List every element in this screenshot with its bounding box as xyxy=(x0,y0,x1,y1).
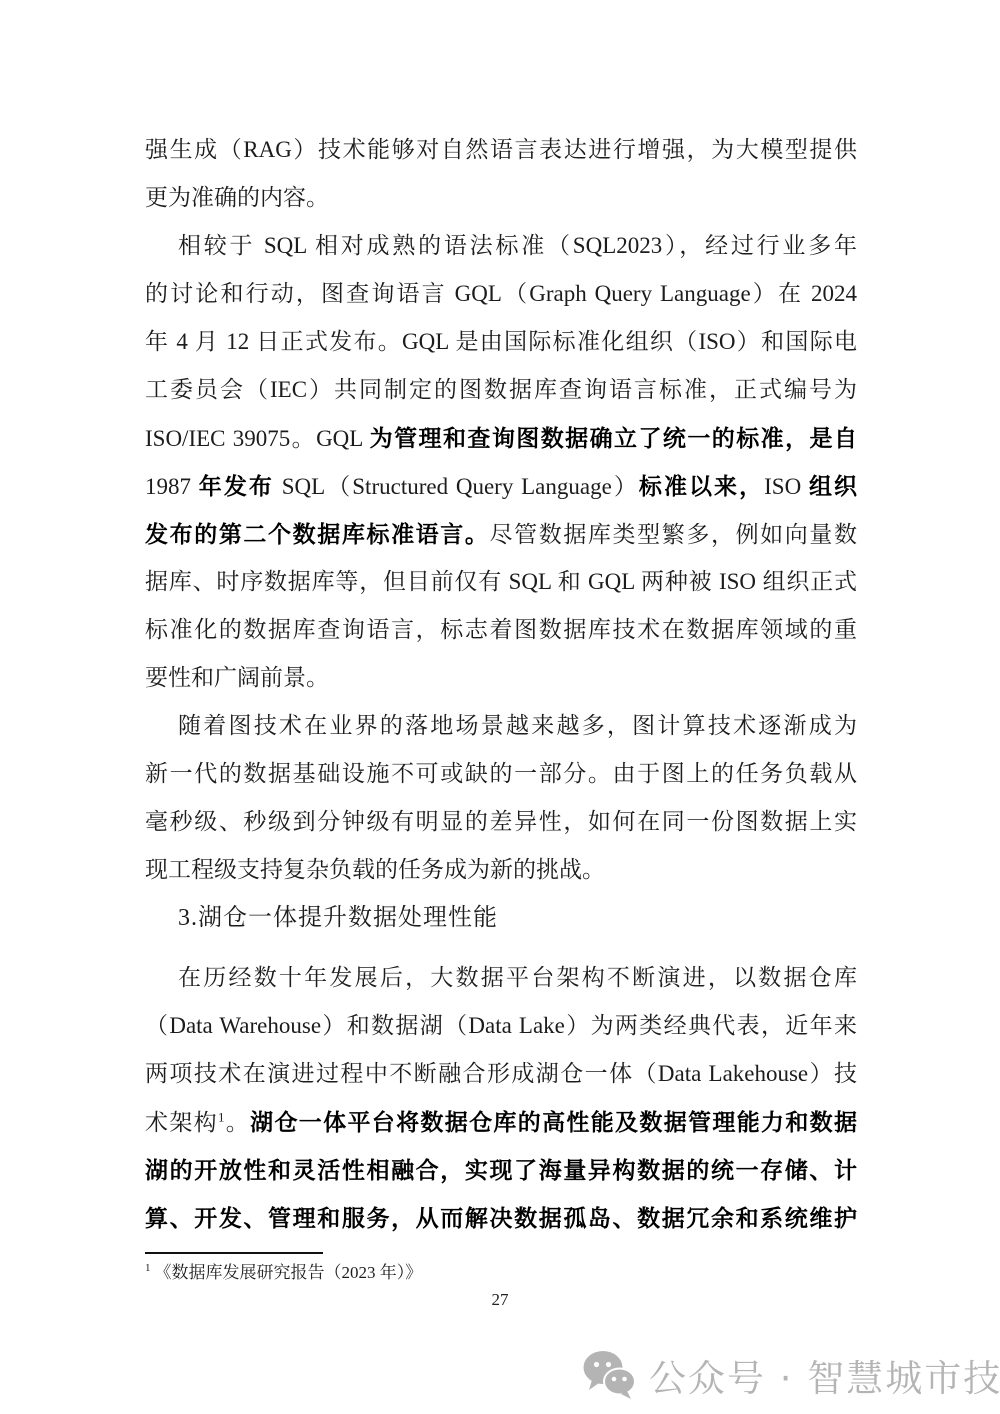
content-area: 强生成（RAG）技术能够对自然语言表达进行增强，为大模型提供更为准确的内容。相较… xyxy=(145,126,857,1242)
text-line: 的讨论和行动，图查询语言 GQL（Graph Query Language）在 … xyxy=(145,270,857,318)
text-line: 毫秒级、秒级到分钟级有明显的差异性，如何在同一份图数据上实 xyxy=(145,798,857,846)
text-run: 尽管数据库类型繁多，例如向量数 xyxy=(490,522,858,547)
text-line: 要性和广阔前景。 xyxy=(145,654,857,702)
text-line: 标准化的数据库查询语言，标志着图数据库技术在数据库领域的重 xyxy=(145,606,857,654)
text-line: 强生成（RAG）技术能够对自然语言表达进行增强，为大模型提供 xyxy=(145,126,857,174)
text-run: 毫秒级、秒级到分钟级有明显的差异性，如何在同一份图数据上实 xyxy=(145,809,857,834)
emphasis-run: 算、开发、管理和服务，从而解决数据孤岛、数据冗余和系统维护 xyxy=(145,1205,857,1231)
emphasis-run: 组织 xyxy=(809,473,857,499)
text-run: ISO/IEC 39075。GQL xyxy=(145,426,370,451)
text-line: 湖的开放性和灵活性相融合，实现了海量异构数据的统一存储、计 xyxy=(145,1146,857,1194)
text-run: 据库、时序数据库等，但目前仅有 SQL 和 GQL 两种被 ISO 组织正式 xyxy=(145,569,857,594)
text-run: 新一代的数据基础设施不可或缺的一部分。由于图上的任务负载从 xyxy=(145,761,857,786)
text-line: 相较于 SQL 相对成熟的语法标准（SQL2023），经过行业多年 xyxy=(145,222,857,270)
text-run: 1987 xyxy=(145,474,199,499)
emphasis-run: 发布的第二个数据库标准语言。 xyxy=(145,521,490,547)
text-line: 新一代的数据基础设施不可或缺的一部分。由于图上的任务负载从 xyxy=(145,750,857,798)
text-run: 两项技术在演进过程中不断融合形成湖仓一体（Data Lakehouse）技 xyxy=(145,1061,857,1086)
text-run: 更为准确的内容。 xyxy=(145,185,329,210)
text-line: 现工程级支持复杂负载的任务成为新的挑战。 xyxy=(145,846,857,894)
emphasis-run: 湖仓一体平台将数据仓库的高性能及数据管理能力和数据 xyxy=(250,1109,857,1135)
text-run: 随着图技术在业界的落地场景越来越多，图计算技术逐渐成为 xyxy=(178,713,857,738)
wechat-icon xyxy=(583,1350,635,1400)
footnote-marker: 1 xyxy=(145,1262,151,1274)
text-run: 标准化的数据库查询语言，标志着图数据库技术在数据库领域的重 xyxy=(145,617,857,642)
page-number: 27 xyxy=(0,1290,1000,1310)
text-line: 算、开发、管理和服务，从而解决数据孤岛、数据冗余和系统维护 xyxy=(145,1194,857,1242)
watermark: 公众号 · 智慧城市技术咨询 xyxy=(583,1348,1000,1402)
text-run: 3.湖仓一体提升数据处理性能 xyxy=(178,905,498,931)
text-run: 工委员会（IEC）共同制定的图数据库查询语言标准，正式编号为 xyxy=(145,377,857,402)
emphasis-run: 为管理和查询图数据确立了统一的标准，是自 xyxy=(370,425,857,451)
text-line: 工委员会（IEC）共同制定的图数据库查询语言标准，正式编号为 xyxy=(145,366,857,414)
emphasis-run: 年发布 xyxy=(199,473,274,499)
text-line: 年 4 月 12 日正式发布。GQL 是由国际标准化组织（ISO）和国际电 xyxy=(145,318,857,366)
text-run: （Data Warehouse）和数据湖（Data Lake）为两类经典代表，近… xyxy=(145,1013,857,1038)
text-run: 年 4 月 12 日正式发布。GQL 是由国际标准化组织（ISO）和国际电 xyxy=(145,329,857,354)
text-run: 在历经数十年发展后，大数据平台架构不断演进，以数据仓库 xyxy=(178,965,857,990)
footnote-divider xyxy=(145,1252,323,1254)
text-line: 两项技术在演进过程中不断融合形成湖仓一体（Data Lakehouse）技 xyxy=(145,1050,857,1098)
text-run: 的讨论和行动，图查询语言 GQL（Graph Query Language）在 … xyxy=(145,281,857,306)
text-line: 1987 年发布 SQL（Structured Query Language）标… xyxy=(145,462,857,510)
footnote-text: 《数据库发展研究报告（2023 年）》 xyxy=(155,1263,423,1282)
document-page: 强生成（RAG）技术能够对自然语言表达进行增强，为大模型提供更为准确的内容。相较… xyxy=(0,0,1000,1414)
text-line: 据库、时序数据库等，但目前仅有 SQL 和 GQL 两种被 ISO 组织正式 xyxy=(145,558,857,606)
text-line: （Data Warehouse）和数据湖（Data Lake）为两类经典代表，近… xyxy=(145,1002,857,1050)
text-run: ISO xyxy=(764,474,809,499)
watermark-label: 公众号 · 智慧城市技术咨询 xyxy=(649,1348,1000,1402)
text-line: 在历经数十年发展后，大数据平台架构不断演进，以数据仓库 xyxy=(145,954,857,1002)
text-run: 。 xyxy=(224,1110,250,1135)
footnote: 1《数据库发展研究报告（2023 年）》 xyxy=(145,1262,422,1284)
text-line: 术架构1。湖仓一体平台将数据仓库的高性能及数据管理能力和数据 xyxy=(145,1098,857,1146)
emphasis-run: 标准以来， xyxy=(639,473,764,499)
text-run: 现工程级支持复杂负载的任务成为新的挑战。 xyxy=(145,857,605,882)
section-heading: 3.湖仓一体提升数据处理性能 xyxy=(145,894,857,942)
text-run: 强生成（RAG）技术能够对自然语言表达进行增强，为大模型提供 xyxy=(145,137,857,162)
text-line: 随着图技术在业界的落地场景越来越多，图计算技术逐渐成为 xyxy=(145,702,857,750)
text-run: 相较于 SQL 相对成熟的语法标准（SQL2023），经过行业多年 xyxy=(178,233,857,258)
emphasis-run: 湖的开放性和灵活性相融合，实现了海量异构数据的统一存储、计 xyxy=(145,1157,857,1183)
text-run: 术架构 xyxy=(145,1110,218,1135)
text-line: ISO/IEC 39075。GQL 为管理和查询图数据确立了统一的标准，是自 xyxy=(145,414,857,462)
text-run: 要性和广阔前景。 xyxy=(145,665,329,690)
text-line: 更为准确的内容。 xyxy=(145,174,857,222)
text-line: 发布的第二个数据库标准语言。尽管数据库类型繁多，例如向量数 xyxy=(145,510,857,558)
text-run: SQL（Structured Query Language） xyxy=(274,474,639,499)
